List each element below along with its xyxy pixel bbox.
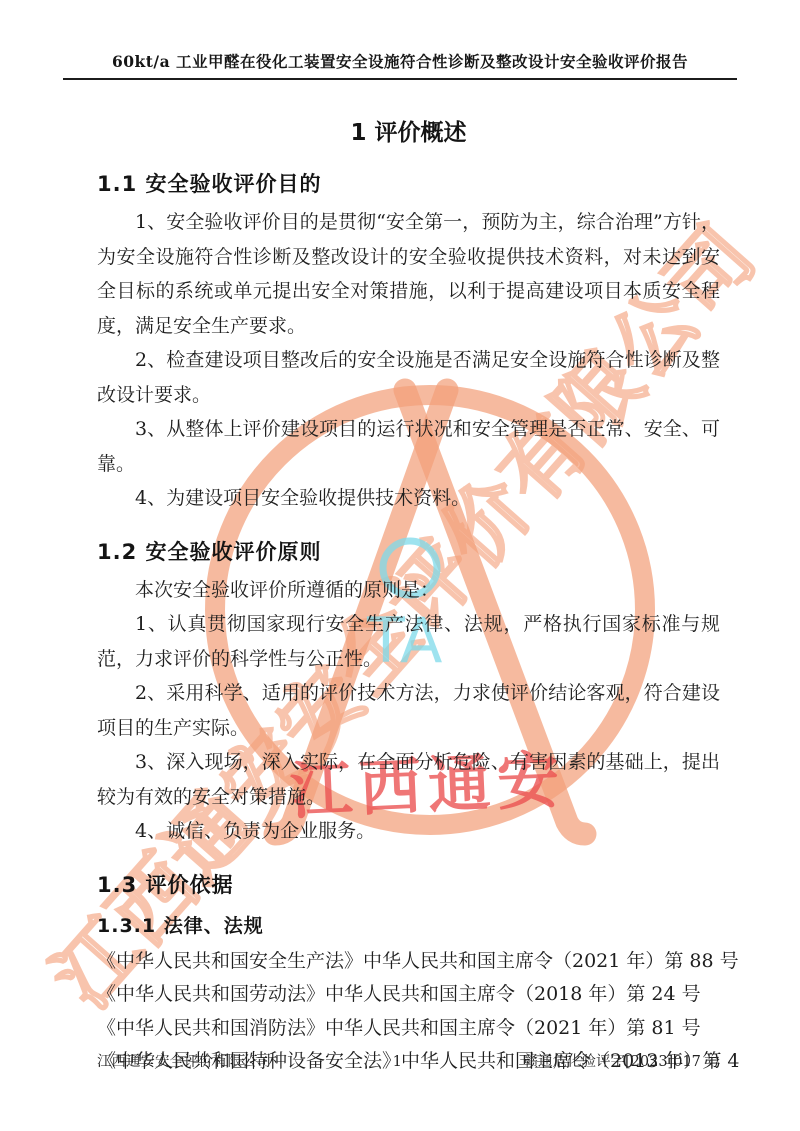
objective-paragraph: 3、从整体上评价建设项目的运行状况和安全管理是否正常、安全、可靠。 — [97, 412, 720, 481]
principles-paragraph: 2、采用科学、适用的评价技术方法，力求使评价结论客观，符合建设项目的生产实际。 — [97, 676, 720, 745]
footer-doc-number: 赣通危化验评字[2023]017 号 — [523, 1050, 720, 1071]
principles-paragraph: 1、认真贯彻国家现行安全生产法律、法规，严格执行国家标准与规范，力求评价的科学性… — [97, 607, 720, 676]
objective-paragraph: 4、为建设项目安全验收提供技术资料。 — [97, 481, 720, 516]
objective-paragraph: 2、检查建设项目整改后的安全设施是否满足安全设施符合性诊断及整改设计要求。 — [97, 343, 720, 412]
chapter-title: 1 评价概述 — [97, 118, 720, 148]
principles-intro: 本次安全验收评价所遵循的原则是： — [97, 573, 720, 608]
page-header: 60kt/a 工业甲醛在役化工装置安全设施符合性诊断及整改设计安全验收评价报告 — [63, 0, 737, 80]
report-body: 1 评价概述 1.1 安全验收评价目的 1、安全验收评价目的是贯彻“安全第一，预… — [97, 118, 720, 1079]
running-title: 60kt/a 工业甲醛在役化工装置安全设施符合性诊断及整改设计安全验收评价报告 — [63, 50, 737, 72]
footer-page-number: 1 — [393, 1054, 402, 1070]
page-footer: 江西通安安全评价有限公司 1 赣通危化验评字[2023]017 号 — [97, 1050, 720, 1071]
section-heading-basis: 1.3 评价依据 — [97, 871, 720, 899]
section-heading-principles: 1.2 安全验收评价原则 — [97, 538, 720, 566]
report-page: 江西通安安全评价有限公司 TA 江西通安 60kt/a 工业甲醛在役化工装置安全… — [0, 0, 800, 1131]
principles-paragraph: 3、深入现场，深入实际，在全面分析危险、有害因素的基础上，提出较为有效的安全对策… — [97, 745, 720, 814]
principles-paragraph: 4、诚信、负责为企业服务。 — [97, 814, 720, 849]
content-layer: 60kt/a 工业甲醛在役化工装置安全设施符合性诊断及整改设计安全验收评价报告 … — [0, 0, 800, 1079]
law-item: 《中华人民共和国劳动法》中华人民共和国主席令（2018 年）第 24 号 — [97, 978, 720, 1012]
footer-company: 江西通安安全评价有限公司 — [97, 1050, 271, 1071]
law-item: 《中华人民共和国消防法》中华人民共和国主席令（2021 年）第 81 号 — [97, 1012, 720, 1046]
law-item: 《中华人民共和国安全生产法》中华人民共和国主席令（2021 年）第 88 号 — [97, 945, 720, 979]
objective-paragraph: 1、安全验收评价目的是贯彻“安全第一，预防为主，综合治理”方针，为安全设施符合性… — [97, 205, 720, 343]
subsection-heading-laws: 1.3.1 法律、法规 — [97, 913, 720, 939]
section-heading-objective: 1.1 安全验收评价目的 — [97, 170, 720, 198]
